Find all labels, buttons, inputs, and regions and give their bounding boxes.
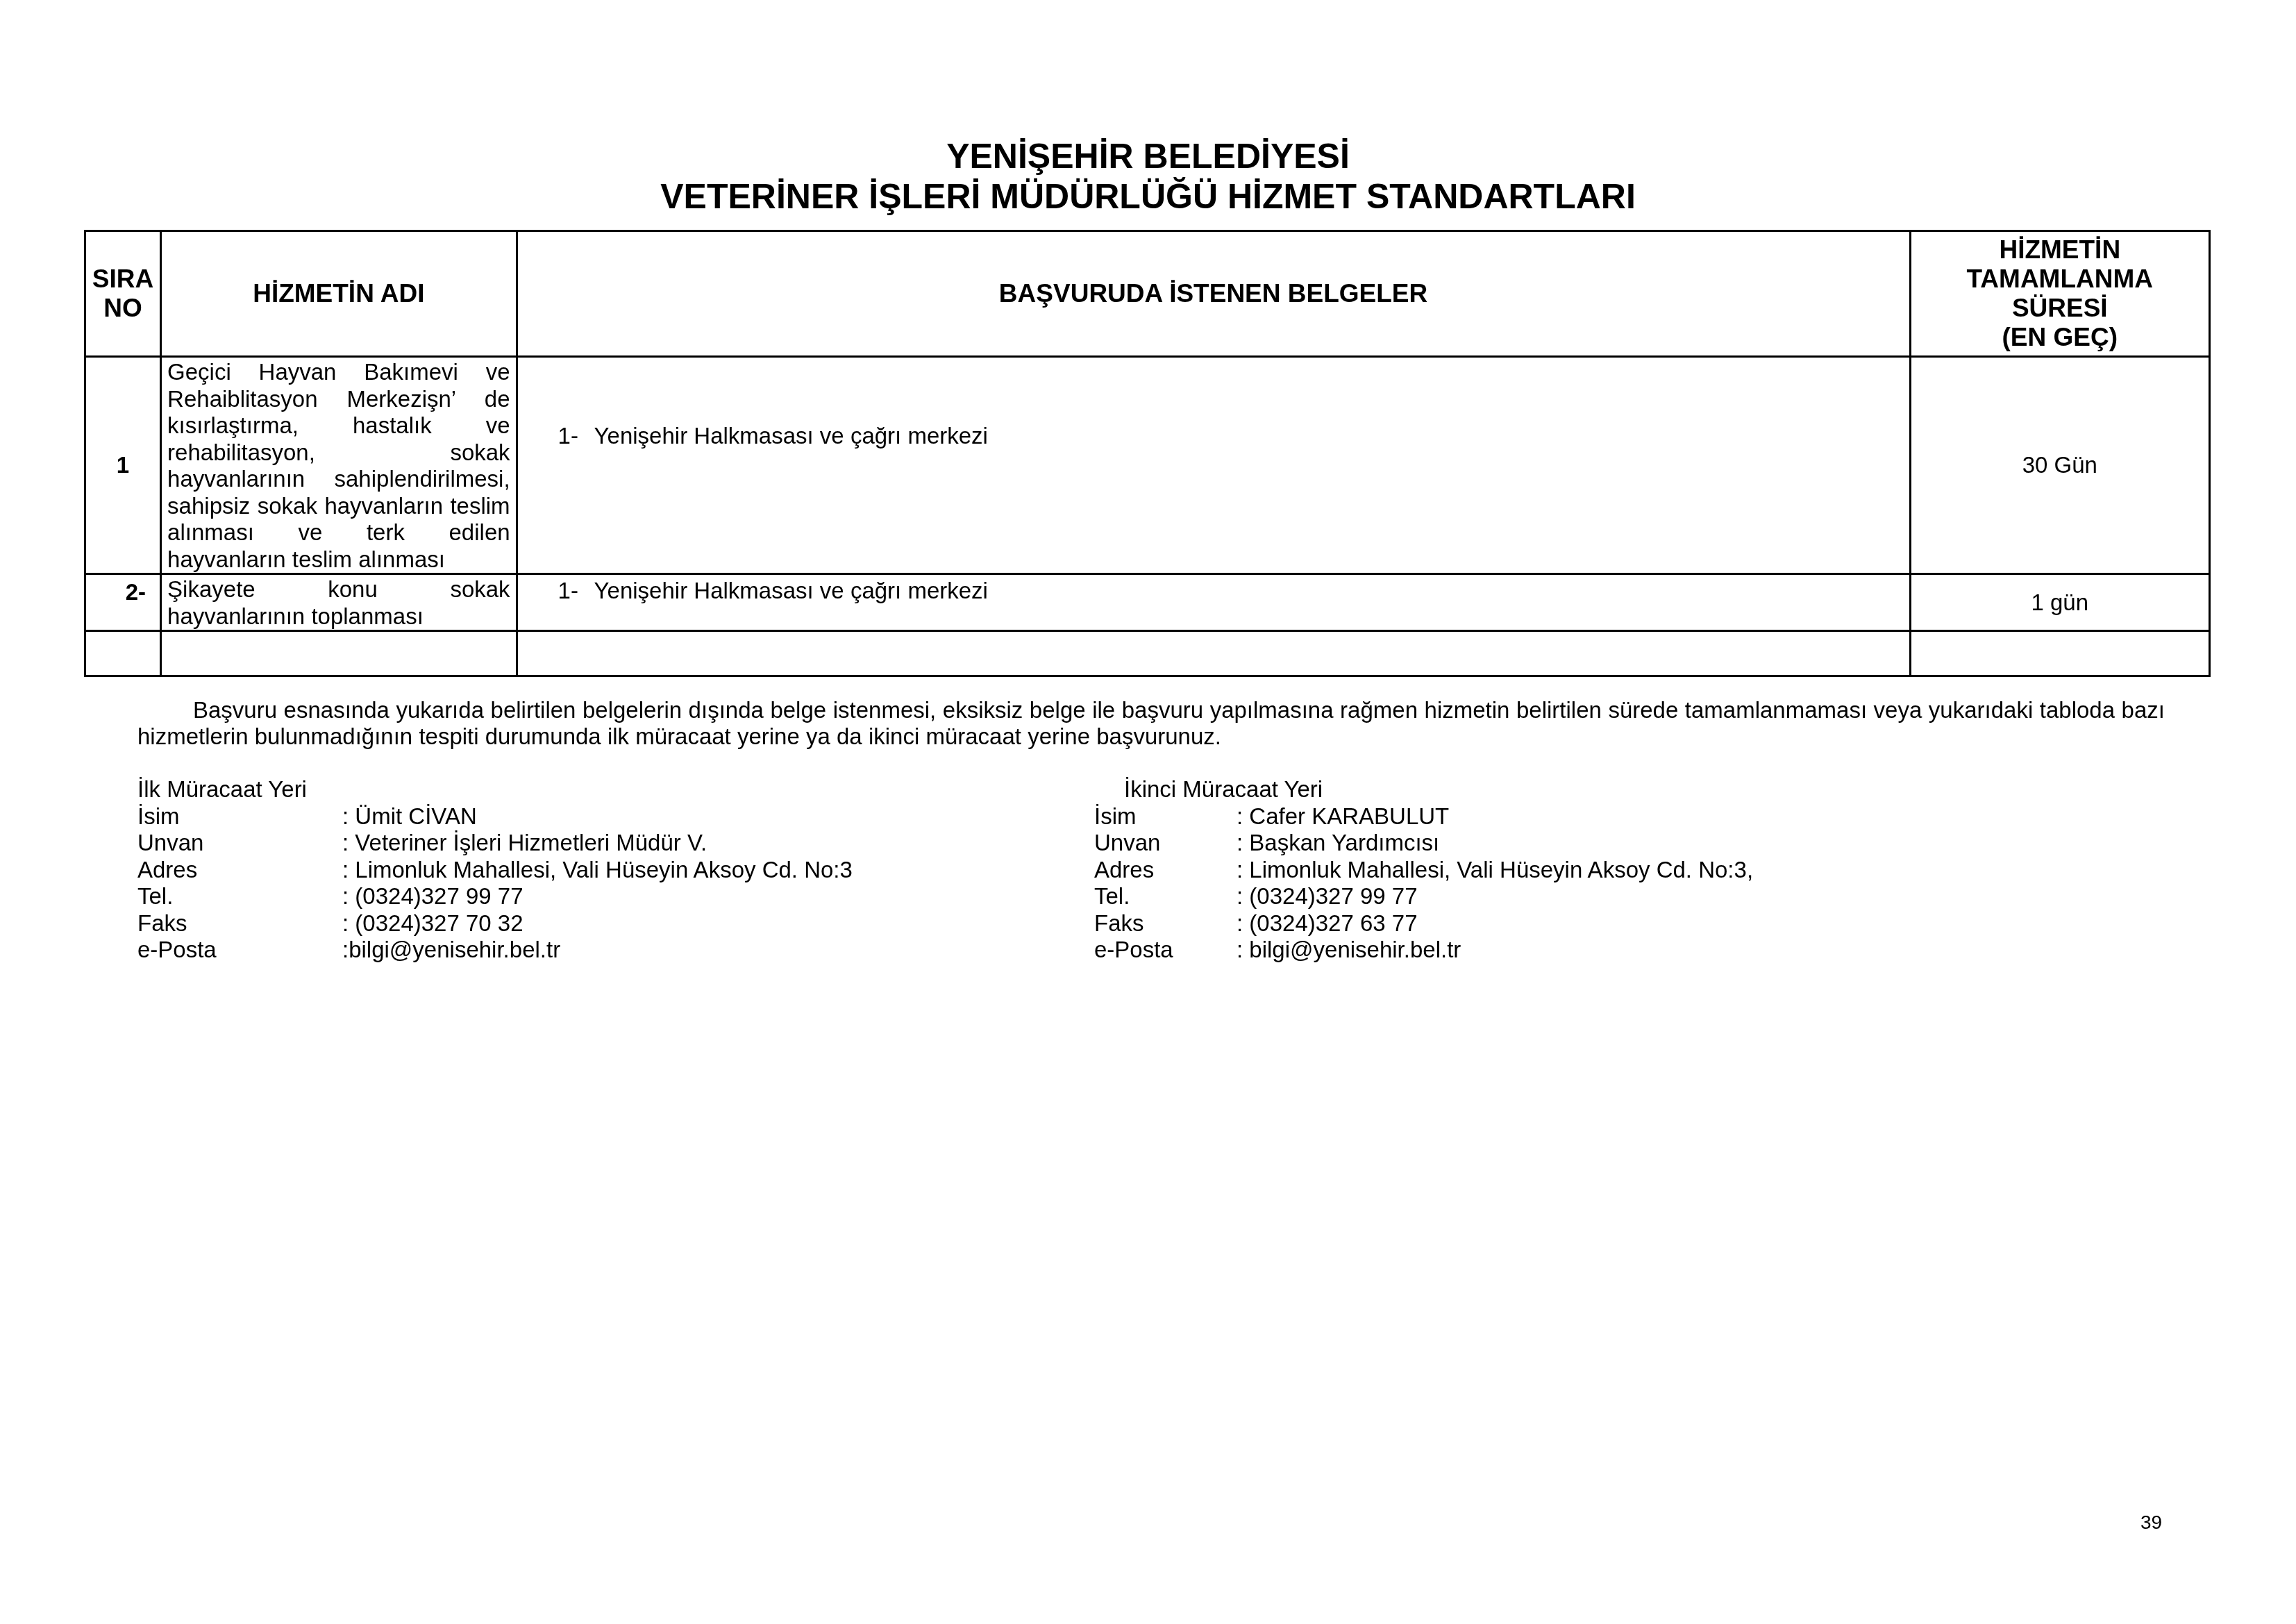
service-name: Geçici Hayvan Bakımevi ve Rehaiblitasyon… — [161, 357, 517, 574]
contact-field: Adres: Limonluk Mahallesi, Vali Hüseyin … — [1094, 857, 1753, 884]
field-label: Adres — [1094, 857, 1237, 884]
column-header-required-documents: BAŞVURUDA İSTENEN BELGELER — [517, 231, 1910, 357]
required-documents — [517, 631, 1910, 676]
contact-field: Adres: Limonluk Mahallesi, Vali Hüseyin … — [137, 857, 853, 884]
required-documents: 1-Yenişehir Halkmasası ve çağrı merkezi — [517, 357, 1910, 574]
field-value: : Ümit CİVAN — [342, 803, 477, 830]
contact-field: Unvan: Veteriner İşleri Hizmetleri Müdür… — [137, 830, 853, 857]
contact-field: e-Posta:bilgi@yenisehir.bel.tr — [137, 937, 853, 964]
completion-time: 1 gün — [1910, 574, 2209, 631]
completion-time — [1910, 631, 2209, 676]
document-subtitle: VETERİNER İŞLERİ MÜDÜRLÜĞÜ HİZMET STANDA… — [0, 176, 2296, 217]
contact-field: e-Posta: bilgi@yenisehir.bel.tr — [1094, 937, 1753, 964]
service-name — [161, 631, 517, 676]
field-label: Adres — [137, 857, 342, 884]
first-contact-block: İlk Müracaat Yeri İsim: Ümit CİVAN Unvan… — [137, 776, 853, 964]
first-contact-heading: İlk Müracaat Yeri — [137, 776, 853, 803]
row-number: 1 — [85, 357, 161, 574]
field-value: : Başkan Yardımcısı — [1237, 830, 1439, 857]
contact-field: Tel.: (0324)327 99 77 — [137, 883, 853, 910]
field-label: Faks — [137, 910, 342, 937]
table-row-empty — [85, 631, 2210, 676]
contact-field: İsim: Ümit CİVAN — [137, 803, 853, 830]
email-link[interactable]: :bilgi@yenisehir.bel.tr — [342, 937, 560, 964]
contact-field: Unvan: Başkan Yardımcısı — [1094, 830, 1753, 857]
contact-field: İsim: Cafer KARABULUT — [1094, 803, 1753, 830]
field-value: : Cafer KARABULUT — [1237, 803, 1449, 830]
completion-time: 30 Gün — [1910, 357, 2209, 574]
field-label: e-Posta — [1094, 937, 1237, 964]
table-row: 2- Şikayete konu sokak hayvanlarının top… — [85, 574, 2210, 631]
document-number: 1- — [558, 423, 594, 449]
field-label: Tel. — [137, 883, 342, 910]
column-header-completion-time: HİZMETİNTAMAMLANMASÜRESİ(EN GEÇ) — [1910, 231, 2209, 357]
field-value: : (0324)327 99 77 — [1237, 883, 1418, 910]
email-link[interactable]: : bilgi@yenisehir.bel.tr — [1237, 937, 1461, 964]
field-label: Unvan — [137, 830, 342, 857]
contact-field: Faks: (0324)327 63 77 — [1094, 910, 1753, 937]
field-label: Faks — [1094, 910, 1237, 937]
field-label: İsim — [137, 803, 342, 830]
second-contact-block: İkinci Müracaat Yeri İsim: Cafer KARABUL… — [1094, 776, 1753, 964]
field-value: : (0324)327 63 77 — [1237, 910, 1418, 937]
page-number: 39 — [2140, 1512, 2162, 1534]
document-text: Yenişehir Halkmasası ve çağrı merkezi — [594, 423, 988, 449]
application-note: Başvuru esnasında yukarıda belirtilen be… — [137, 697, 2165, 750]
field-value: : (0324)327 70 32 — [342, 910, 523, 937]
service-standards-table: SIRANO HİZMETİN ADI BAŞVURUDA İSTENEN BE… — [84, 230, 2211, 677]
field-label: e-Posta — [137, 937, 342, 964]
table-header-row: SIRANO HİZMETİN ADI BAŞVURUDA İSTENEN BE… — [85, 231, 2210, 357]
field-value: : Limonluk Mahallesi, Vali Hüseyin Aksoy… — [1237, 857, 1753, 884]
row-number: 2- — [85, 574, 161, 631]
field-label: İsim — [1094, 803, 1237, 830]
column-header-service-name: HİZMETİN ADI — [161, 231, 517, 357]
document-text: Yenişehir Halkmasası ve çağrı merkezi — [594, 578, 988, 603]
field-label: Unvan — [1094, 830, 1237, 857]
row-number — [85, 631, 161, 676]
column-header-sira-no: SIRANO — [85, 231, 161, 357]
second-contact-heading: İkinci Müracaat Yeri — [1094, 776, 1753, 803]
document-title: YENİŞEHİR BELEDİYESİ — [0, 136, 2296, 176]
field-value: : Veteriner İşleri Hizmetleri Müdür V. — [342, 830, 707, 857]
document-number: 1- — [558, 578, 594, 604]
contact-field: Faks: (0324)327 70 32 — [137, 910, 853, 937]
field-value: : (0324)327 99 77 — [342, 883, 523, 910]
table-row: 1 Geçici Hayvan Bakımevi ve Rehaiblitasy… — [85, 357, 2210, 574]
field-label: Tel. — [1094, 883, 1237, 910]
service-name: Şikayete konu sokak hayvanlarının toplan… — [161, 574, 517, 631]
field-value: : Limonluk Mahallesi, Vali Hüseyin Aksoy… — [342, 857, 853, 884]
contact-field: Tel.: (0324)327 99 77 — [1094, 883, 1753, 910]
required-documents: 1-Yenişehir Halkmasası ve çağrı merkezi — [517, 574, 1910, 631]
